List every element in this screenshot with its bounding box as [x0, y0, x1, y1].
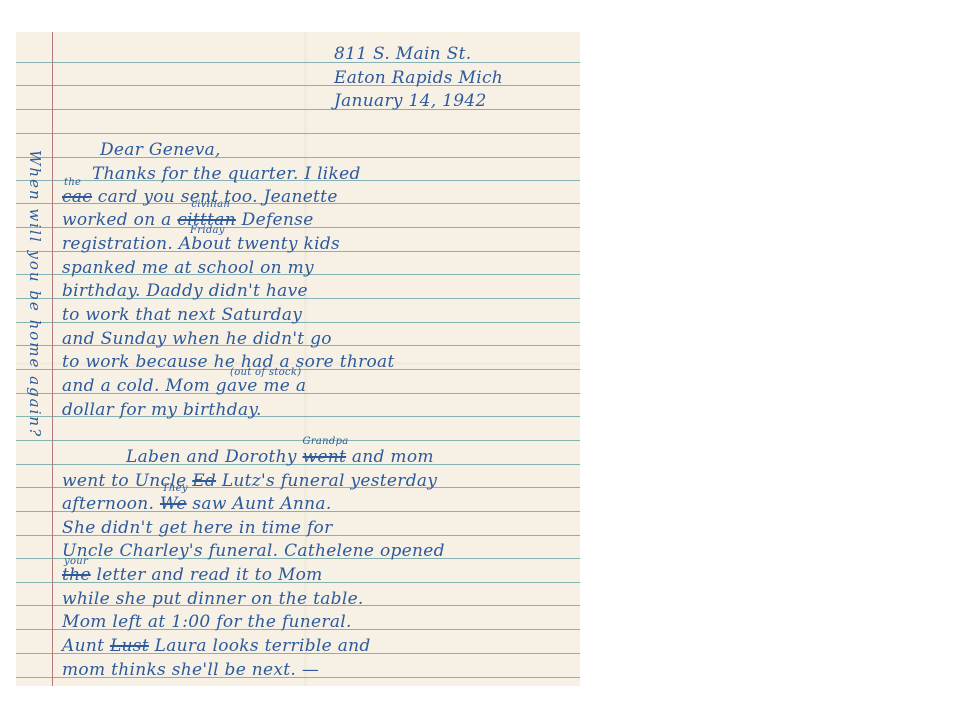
insertion: the	[64, 177, 81, 188]
letter-line: worked on a civilian citttan Defense	[62, 210, 314, 230]
letter-line: birthday. Daddy didn't have	[62, 281, 308, 301]
margin-note: When will you be home again?	[26, 150, 44, 438]
insertion: Grandpa	[303, 436, 349, 447]
struck-text: went	[303, 447, 347, 467]
rule-line	[16, 440, 580, 441]
letter-line: and Sunday when he didn't go	[62, 329, 332, 349]
struck-text: Ed	[192, 471, 216, 491]
insertion: Friday	[190, 225, 225, 236]
insertion: (out of stock)	[230, 367, 301, 378]
struck-text: We	[160, 494, 187, 514]
letter-line: your the letter and read it to Mom	[62, 565, 323, 585]
rule-line	[16, 133, 580, 134]
letter-line: (out of stock) and a cold. Mom gave me a	[62, 376, 306, 396]
address-line-1: 811 S. Main St.	[334, 44, 471, 64]
letter-line: Friday registration. About twenty kids	[62, 234, 340, 254]
struck-text: cac	[62, 187, 92, 207]
letter-line: Uncle Charley's funeral. Cathelene opene…	[62, 541, 445, 561]
letter-line: spanked me at school on my	[62, 258, 314, 278]
address-line-2: Eaton Rapids Mich	[334, 68, 503, 88]
letter-line: afternoon. They We saw Aunt Anna.	[62, 494, 332, 514]
letter-line: went to Uncle Ed Lutz's funeral yesterda…	[62, 471, 437, 491]
letter-page: 811 S. Main St. Eaton Rapids Mich Januar…	[16, 32, 580, 686]
margin-line	[52, 32, 53, 686]
letter-line: to work because he had a sore throat	[62, 352, 395, 372]
struck-text: the	[62, 565, 91, 585]
letter-line: Mom left at 1:00 for the funeral.	[62, 612, 352, 632]
rule-line	[16, 62, 580, 63]
letter-line: She didn't get here in time for	[62, 518, 333, 538]
insertion: your	[64, 556, 88, 567]
letter-line: to work that next Saturday	[62, 305, 302, 325]
letter-line: Thanks for the quarter. I liked	[92, 164, 361, 184]
struck-text: Lust	[110, 636, 149, 656]
rule-line	[16, 109, 580, 110]
letter-line: Aunt Lust Laura looks terrible and	[62, 636, 371, 656]
insertion: civilian	[191, 199, 230, 210]
insertion: They	[162, 483, 188, 494]
letter-line: dollar for my birthday.	[62, 400, 262, 420]
letter-line: Laben and Dorothy Grandpa went and mom	[126, 447, 434, 467]
letter-date: January 14, 1942	[334, 91, 487, 111]
letter-line: while she put dinner on the table.	[62, 589, 364, 609]
letter-line: mom thinks she'll be next. —	[62, 660, 319, 680]
salutation: Dear Geneva,	[100, 140, 221, 160]
